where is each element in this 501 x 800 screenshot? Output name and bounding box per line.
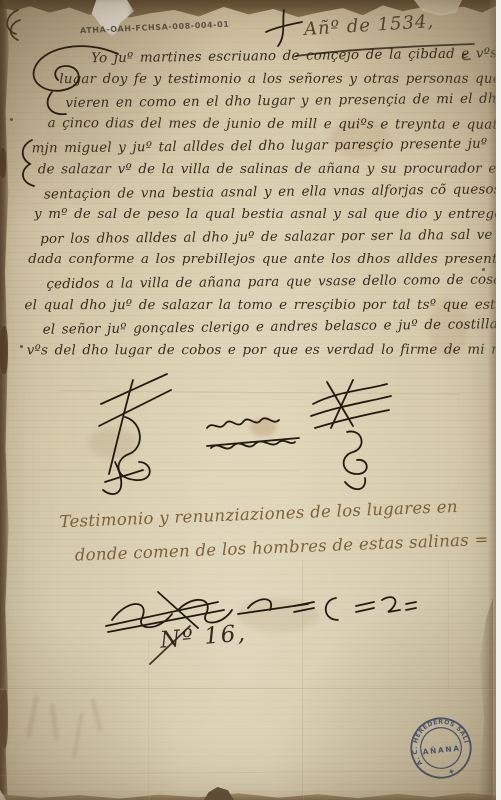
manuscript-line: çedidos a la villa de añana para que vsa… — [46, 270, 496, 297]
scan-background-right — [496, 0, 501, 800]
paper-sheet: ATHA-OAH-FCHSA-008-004-01 Añº de 1534, Y… — [0, 0, 497, 800]
manuscript-line: el qual dho juº de salazar la tomo e rre… — [25, 294, 497, 317]
binding-blob — [0, 148, 6, 178]
ink-speck — [10, 118, 13, 121]
crease — [0, 688, 497, 690]
ink-bleedthrough — [25, 695, 39, 739]
crease — [448, 560, 450, 690]
manuscript-line: por los dhos alldes al dho juº de salaza… — [40, 225, 496, 252]
binding-blob — [1, 688, 8, 748]
manuscript-line: el señor juº gonçales clerigo e andres b… — [43, 314, 497, 342]
manuscript-line: mjn miguel y juº tal alldes del dho luga… — [32, 134, 496, 161]
stamp-arc-text: A. C. HEREDEROS SALINAS — [390, 697, 471, 773]
year-heading: Añº de 1534, — [303, 11, 434, 40]
manuscript-text-block: Yo juº martines escriuano de conçejo de … — [21, 45, 497, 364]
manuscript-scan: ATHA-OAH-FCHSA-008-004-01 Añº de 1534, Y… — [0, 0, 501, 800]
manuscript-line: dada conforme a los prebillejos que ante… — [28, 249, 496, 272]
signature-rubrics-icon — [95, 362, 395, 507]
ink-bleedthrough — [72, 712, 84, 758]
ink-bleedthrough — [49, 703, 59, 741]
archive-stamp: A. C. HEREDEROS SALINAS AÑANA ✚ — [390, 697, 493, 800]
manuscript-line: de salazar vº de la villa de salinas de … — [38, 159, 496, 182]
manuscript-line: y mº de sal de peso la qual bestia asnal… — [34, 204, 496, 227]
numbering-slash-icon — [146, 622, 196, 668]
paper-tear-bottom — [204, 787, 234, 800]
corner-flourish-icon — [0, 6, 22, 52]
manuscript-line: vºs del dho lugar de cobos e por que es … — [27, 339, 497, 362]
manuscript-line: vieren en como en el dho lugar y en pres… — [65, 89, 495, 116]
manuscript-line: lugar doy fe y testimonio a los señores … — [59, 68, 495, 91]
ink-bleedthrough — [90, 698, 103, 732]
binding-blob — [0, 326, 8, 374]
stamp-center-text: AÑANA — [422, 744, 461, 757]
manuscript-line: sentaçion de vna bestia asnal y en ella … — [44, 179, 496, 207]
manuscript-line: Yo juº martines escriuano de conçejo de … — [91, 43, 495, 71]
